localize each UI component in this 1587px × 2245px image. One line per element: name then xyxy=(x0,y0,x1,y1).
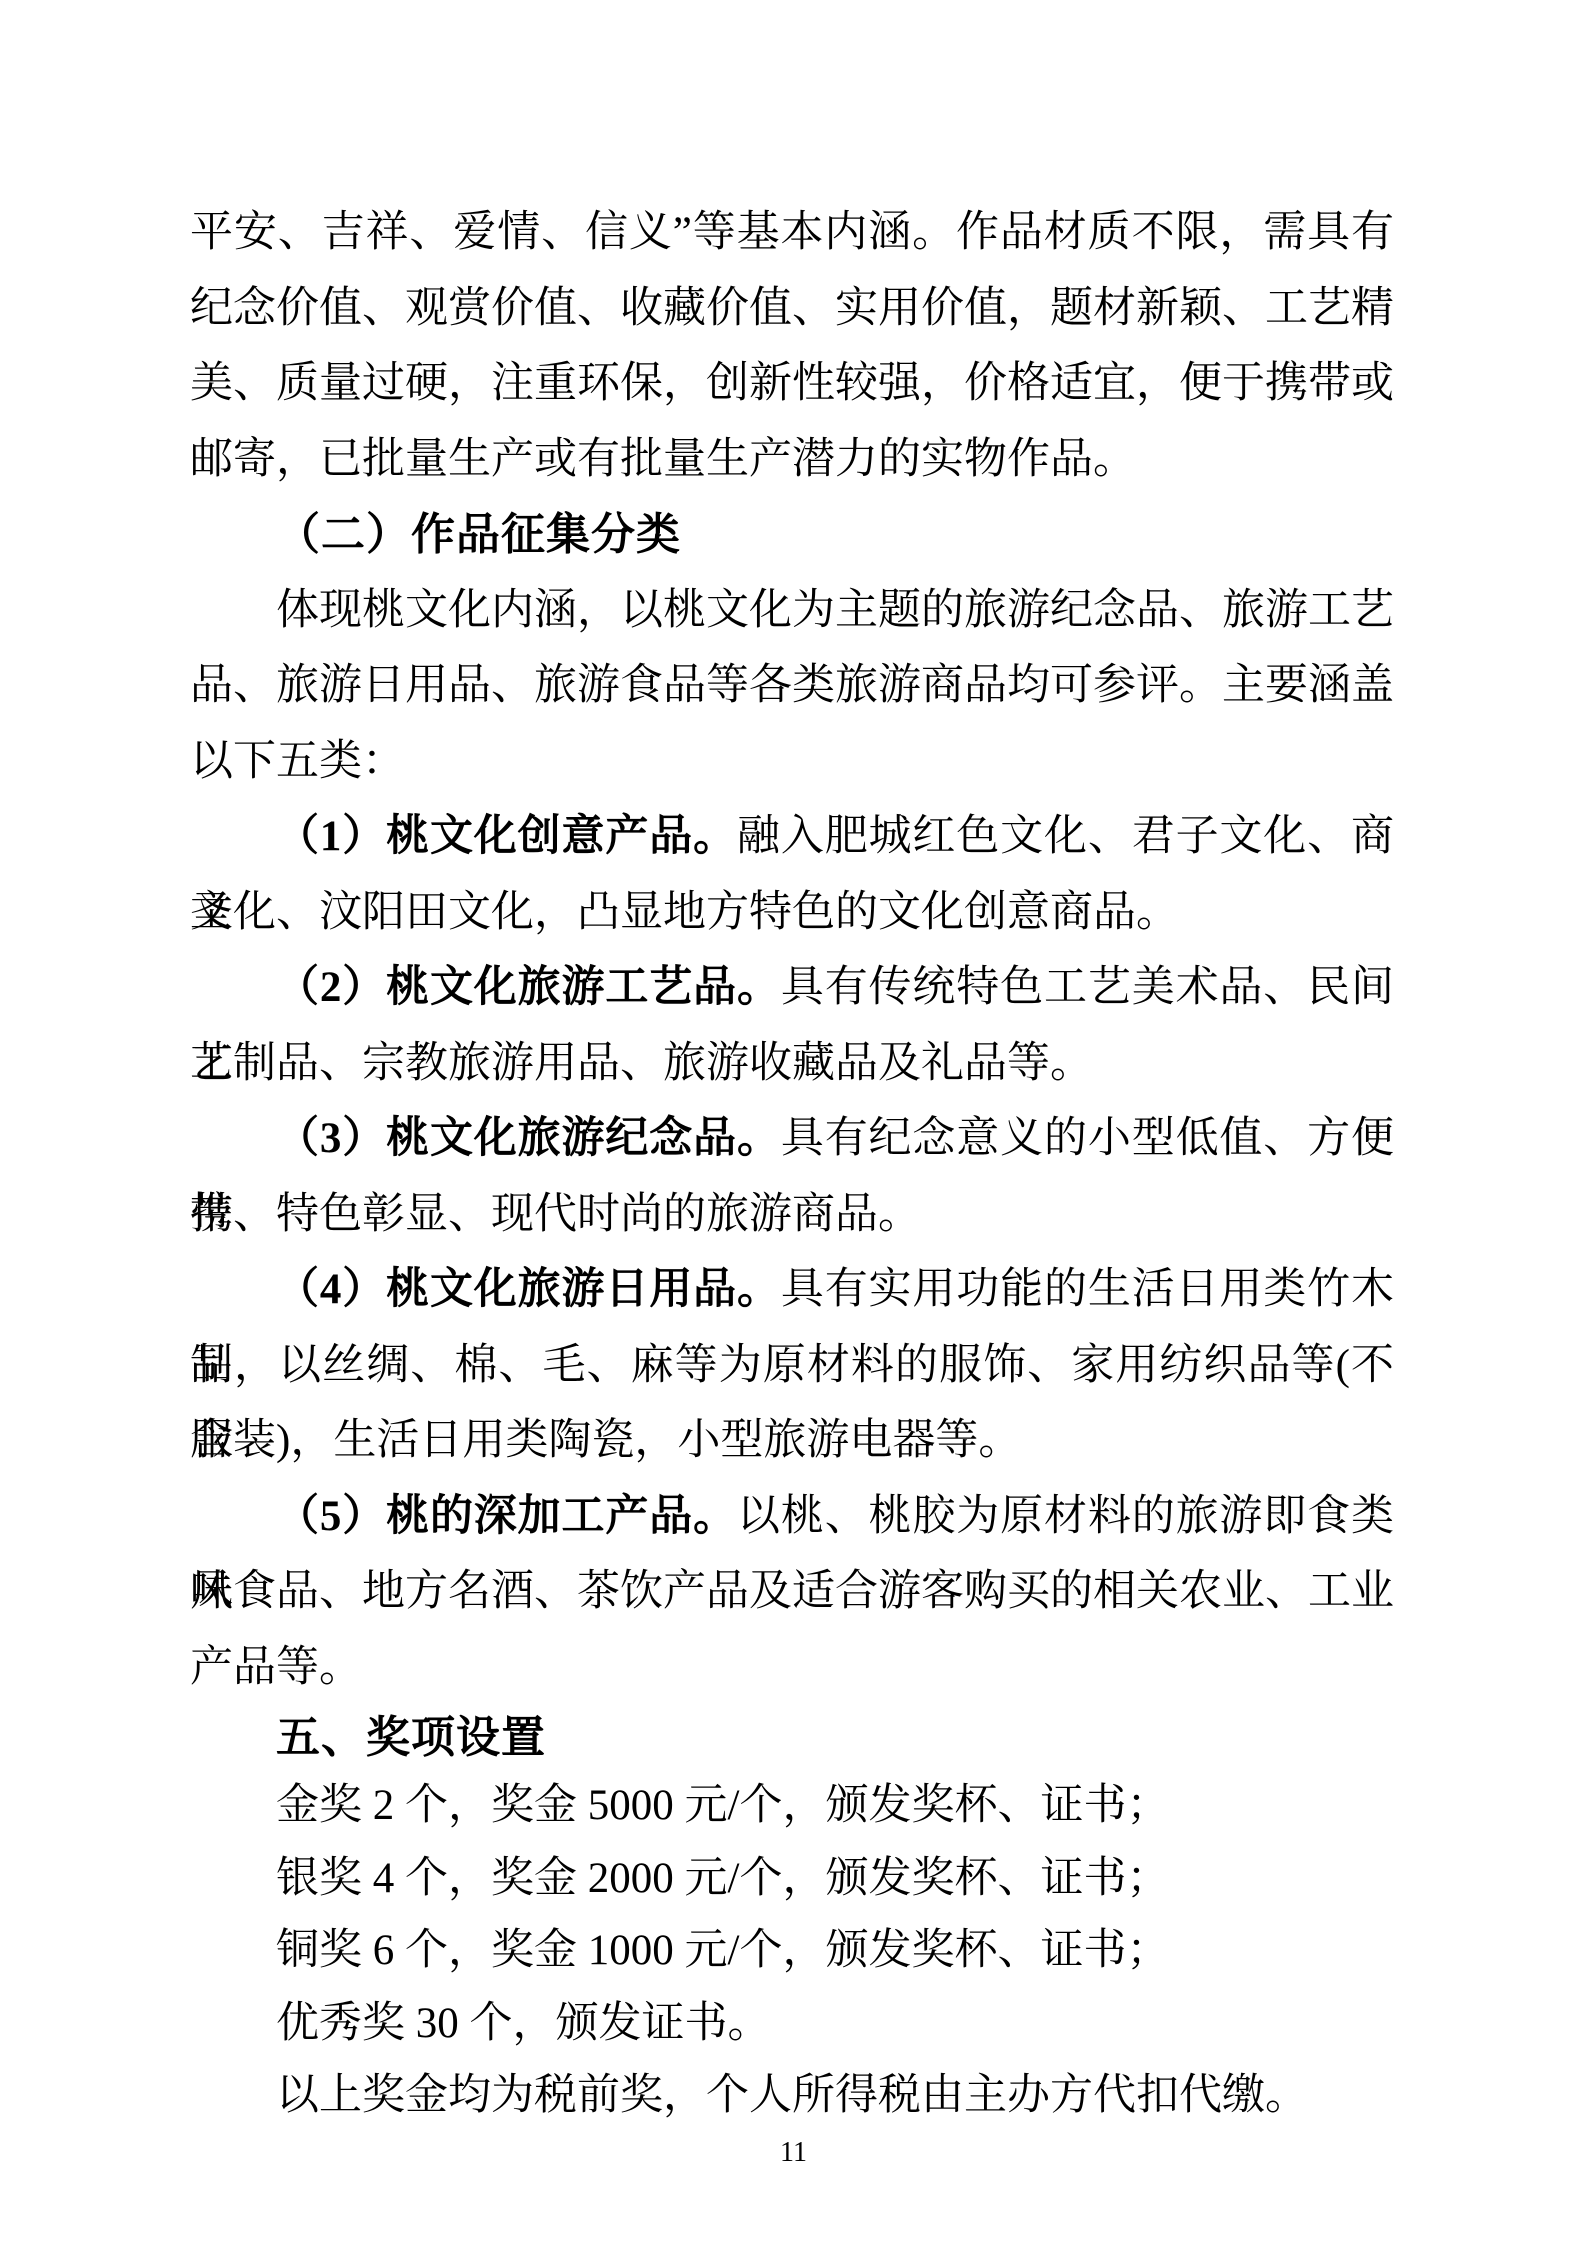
text-run: 带、特色彰显、现代时尚的旅游商品。 xyxy=(190,1191,921,1238)
text-run: 银奖 4 个，奖金 2000 元/个，颁发奖杯、证书； xyxy=(276,1855,1169,1902)
text-run: 服装)，生活日用类陶瓷，小型旅游电器等。 xyxy=(190,1417,1021,1464)
page-number: 11 xyxy=(0,2136,1587,2170)
text-line: 艺制品、宗教旅游用品、旅游收藏品及礼品等。 xyxy=(190,1026,1394,1102)
bold-text-run: （2）桃文化旅游工艺品。 xyxy=(276,964,781,1011)
text-run: 品、旅游日用品、旅游食品等各类旅游商品均可参评。主要涵盖 xyxy=(190,662,1394,709)
text-line: （4）桃文化旅游日用品。具有实用功能的生活日用类竹木制 xyxy=(190,1252,1394,1328)
bold-text-run: （4）桃文化旅游日用品。 xyxy=(276,1266,781,1313)
text-run: 金奖 2 个，奖金 5000 元/个，颁发奖杯、证书； xyxy=(276,1782,1169,1829)
text-line: 体现桃文化内涵，以桃文化为主题的旅游纪念品、旅游工艺 xyxy=(190,573,1394,649)
text-line: 邮寄，已批量生产或有批量生产潜力的实物作品。 xyxy=(190,422,1394,498)
text-run: 以上奖金均为税前奖，个人所得税由主办方代扣代缴。 xyxy=(276,2072,1308,2119)
text-line: 带、特色彰显、现代时尚的旅游商品。 xyxy=(190,1177,1394,1253)
bold-text-run: （5）桃的深加工产品。 xyxy=(276,1493,737,1540)
text-line: 以下五类： xyxy=(190,724,1394,800)
text-line: 美、质量过硬，注重环保，创新性较强，价格适宜，便于携带或 xyxy=(190,346,1394,422)
text-line: 品，以丝绸、棉、毛、麻等为原材料的服饰、家用纺织品等(不含 xyxy=(190,1328,1394,1404)
text-run: 体现桃文化内涵，以桃文化为主题的旅游纪念品、旅游工艺 xyxy=(276,587,1394,634)
text-line: （5）桃的深加工产品。以桃、桃胶为原材料的旅游即食类风 xyxy=(190,1479,1394,1555)
text-line: （1）桃文化创意产品。融入肥城红色文化、君子文化、商圣 xyxy=(190,799,1394,875)
section-heading: 五、奖项设置 xyxy=(190,1705,1394,1770)
text-run: 以下五类： xyxy=(190,738,405,785)
text-line: 味食品、地方名酒、茶饮产品及适合游客购买的相关农业、工业 xyxy=(190,1554,1394,1630)
text-line: 平安、吉祥、爱情、信义”等基本内涵。作品材质不限，需具有 xyxy=(190,195,1394,271)
text-run: 味食品、地方名酒、茶饮产品及适合游客购买的相关农业、工业 xyxy=(190,1568,1394,1615)
award-line: 优秀奖 30 个，颁发证书。 xyxy=(190,1988,1394,2061)
text-line: 服装)，生活日用类陶瓷，小型旅游电器等。 xyxy=(190,1403,1394,1479)
text-line: （3）桃文化旅游纪念品。具有纪念意义的小型低值、方便携 xyxy=(190,1101,1394,1177)
text-run: 产品等。 xyxy=(190,1644,362,1691)
text-run: 优秀奖 30 个，颁发证书。 xyxy=(276,2000,771,2047)
award-line: 银奖 4 个，奖金 2000 元/个，颁发奖杯、证书； xyxy=(190,1843,1394,1916)
text-line: 产品等。 xyxy=(190,1630,1394,1706)
text-run: 文化、汶阳田文化，凸显地方特色的文化创意商品。 xyxy=(190,889,1179,936)
section-heading: （二）作品征集分类 xyxy=(190,497,1394,573)
document-body: 平安、吉祥、爱情、信义”等基本内涵。作品材质不限，需具有纪念价值、观赏价值、收藏… xyxy=(190,195,1394,2133)
award-line: 铜奖 6 个，奖金 1000 元/个，颁发奖杯、证书； xyxy=(190,1915,1394,1988)
text-run: 艺制品、宗教旅游用品、旅游收藏品及礼品等。 xyxy=(190,1040,1093,1087)
bold-text-run: （1）桃文化创意产品。 xyxy=(276,813,737,860)
bold-text-run: （3）桃文化旅游纪念品。 xyxy=(276,1115,781,1162)
text-run: 平安、吉祥、爱情、信义”等基本内涵。作品材质不限，需具有 xyxy=(190,209,1394,256)
text-line: 文化、汶阳田文化，凸显地方特色的文化创意商品。 xyxy=(190,875,1394,951)
text-run: 铜奖 6 个，奖金 1000 元/个，颁发奖杯、证书； xyxy=(276,1927,1169,1974)
text-line: 纪念价值、观赏价值、收藏价值、实用价值，题材新颖、工艺精 xyxy=(190,271,1394,347)
award-line: 金奖 2 个，奖金 5000 元/个，颁发奖杯、证书； xyxy=(190,1770,1394,1843)
award-line: 以上奖金均为税前奖，个人所得税由主办方代扣代缴。 xyxy=(190,2060,1394,2133)
text-line: （2）桃文化旅游工艺品。具有传统特色工艺美术品、民间工 xyxy=(190,950,1394,1026)
text-run: 纪念价值、观赏价值、收藏价值、实用价值，题材新颖、工艺精 xyxy=(190,285,1394,332)
bold-text-run: （二）作品征集分类 xyxy=(276,510,681,559)
document-page: 平安、吉祥、爱情、信义”等基本内涵。作品材质不限，需具有纪念价值、观赏价值、收藏… xyxy=(0,0,1587,2245)
text-line: 品、旅游日用品、旅游食品等各类旅游商品均可参评。主要涵盖 xyxy=(190,648,1394,724)
bold-text-run: 五、奖项设置 xyxy=(276,1713,546,1762)
text-run: 美、质量过硬，注重环保，创新性较强，价格适宜，便于携带或 xyxy=(190,360,1394,407)
text-run: 邮寄，已批量生产或有批量生产潜力的实物作品。 xyxy=(190,436,1136,483)
